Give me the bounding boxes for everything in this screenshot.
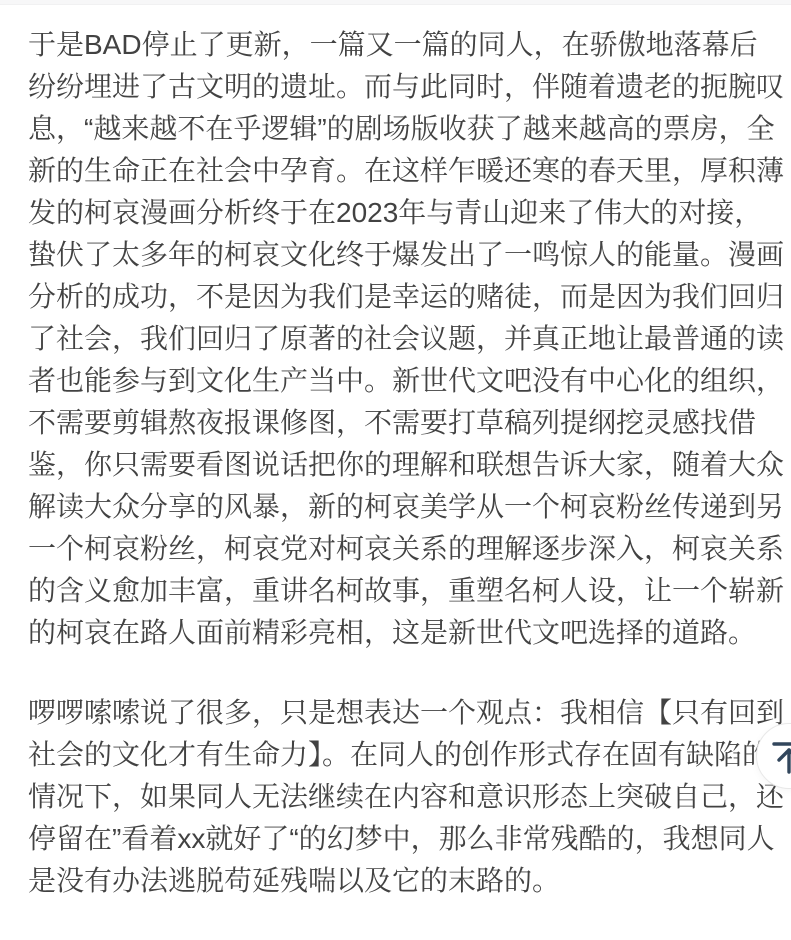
text-line: 者也能参与到文化生产当中。新世代文吧没有中心化的组织， [28, 360, 773, 402]
text-line: 纷纷埋进了古文明的遗址。而与此同时，伴随着遗老的扼腕叹 [28, 66, 773, 108]
text-line: 情况下，如果同人无法继续在内容和意识形态上突破自己，还 [28, 776, 773, 818]
paragraph-2: 啰啰嗦嗦说了很多，只是想表达一个观点：我相信【只有回到社会的文化才有生命力】。在… [28, 692, 773, 902]
text-line: 社会的文化才有生命力】。在同人的创作形式存在固有缺陷的 [28, 734, 773, 776]
text-line: 息，“越来越不在乎逻辑”的剧场版收获了越来越高的票房，全 [28, 108, 773, 150]
text-line: 的含义愈加丰富，重讲名柯故事，重塑名柯人设，让一个崭新 [28, 570, 773, 612]
text-line: 停留在”看着xx就好了“的幻梦中，那么非常残酷的，我想同人 [28, 818, 773, 860]
text-line: 发的柯哀漫画分析终于在2023年与青山迎来了伟大的对接， [28, 192, 773, 234]
text-line: 是没有办法逃脱苟延残喘以及它的末路的。 [28, 860, 773, 902]
text-line: 啰啰嗦嗦说了很多，只是想表达一个观点：我相信【只有回到 [28, 692, 773, 734]
article-page: 于是BAD停止了更新，一篇又一篇的同人，在骄傲地落幕后纷纷埋进了古文明的遗址。而… [0, 0, 791, 940]
text-line: 了社会，我们回归了原著的社会议题，并真正地让最普通的读 [28, 318, 773, 360]
arrow-up-to-bar-icon [769, 736, 791, 776]
text-line: 一个柯哀粉丝，柯哀党对柯哀关系的理解逐步深入，柯哀关系 [28, 528, 773, 570]
paragraph-1: 于是BAD停止了更新，一篇又一篇的同人，在骄傲地落幕后纷纷埋进了古文明的遗址。而… [28, 24, 773, 654]
article-body: 于是BAD停止了更新，一篇又一篇的同人，在骄傲地落幕后纷纷埋进了古文明的遗址。而… [28, 24, 773, 902]
text-line: 鉴，你只需要看图说话把你的理解和联想告诉大家，随着大众 [28, 444, 773, 486]
text-line: 解读大众分享的风暴，新的柯哀美学从一个柯哀粉丝传递到另 [28, 486, 773, 528]
text-line: 分析的成功，不是因为我们是幸运的赌徒，而是因为我们回归 [28, 276, 773, 318]
text-line: 蛰伏了太多年的柯哀文化终于爆发出了一鸣惊人的能量。漫画 [28, 234, 773, 276]
text-line: 于是BAD停止了更新，一篇又一篇的同人，在骄傲地落幕后 [28, 24, 773, 66]
text-line: 不需要剪辑熬夜报课修图，不需要打草稿列提纲挖灵感找借 [28, 402, 773, 444]
top-divider-strip [0, 0, 791, 5]
text-line: 新的生命正在社会中孕育。在这样乍暖还寒的春天里，厚积薄 [28, 150, 773, 192]
text-line: 的柯哀在路人面前精彩亮相，这是新世代文吧选择的道路。 [28, 612, 773, 654]
